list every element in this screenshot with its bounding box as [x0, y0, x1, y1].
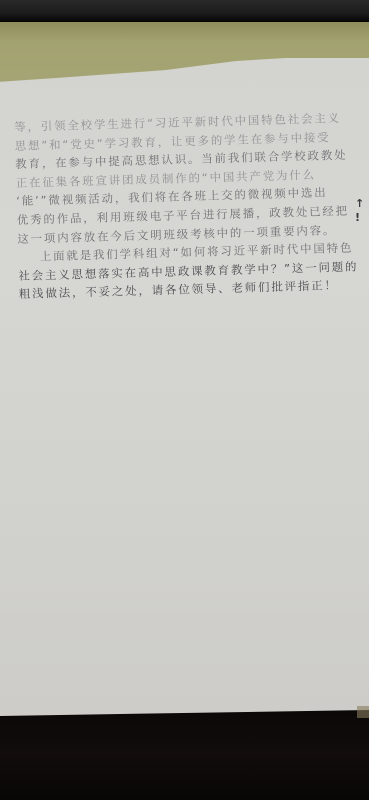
- dark-background-bottom: [0, 710, 369, 800]
- corner-glint: [357, 706, 369, 718]
- paragraph-1: 等，引领全校学生进行“习近平新时代中国特色社会主义 思想”和“党史”学习教育，让…: [14, 110, 318, 248]
- document-body: 等，引领全校学生进行“习近平新时代中国特色社会主义 思想”和“党史”学习教育，让…: [14, 110, 319, 304]
- exclamation-mark-icon: !: [355, 211, 364, 225]
- margin-annotation: ↑ !: [355, 197, 364, 225]
- dark-background-top: [0, 0, 369, 22]
- photo-scene: 等，引领全校学生进行“习近平新时代中国特色社会主义 思想”和“党史”学习教育，让…: [0, 0, 369, 800]
- arrow-mark-icon: ↑: [355, 197, 364, 211]
- paragraph-2: 上面就是我们学科组对“如何将习近平新时代中国特色 社会主义思想落实在高中思政课教…: [18, 240, 319, 304]
